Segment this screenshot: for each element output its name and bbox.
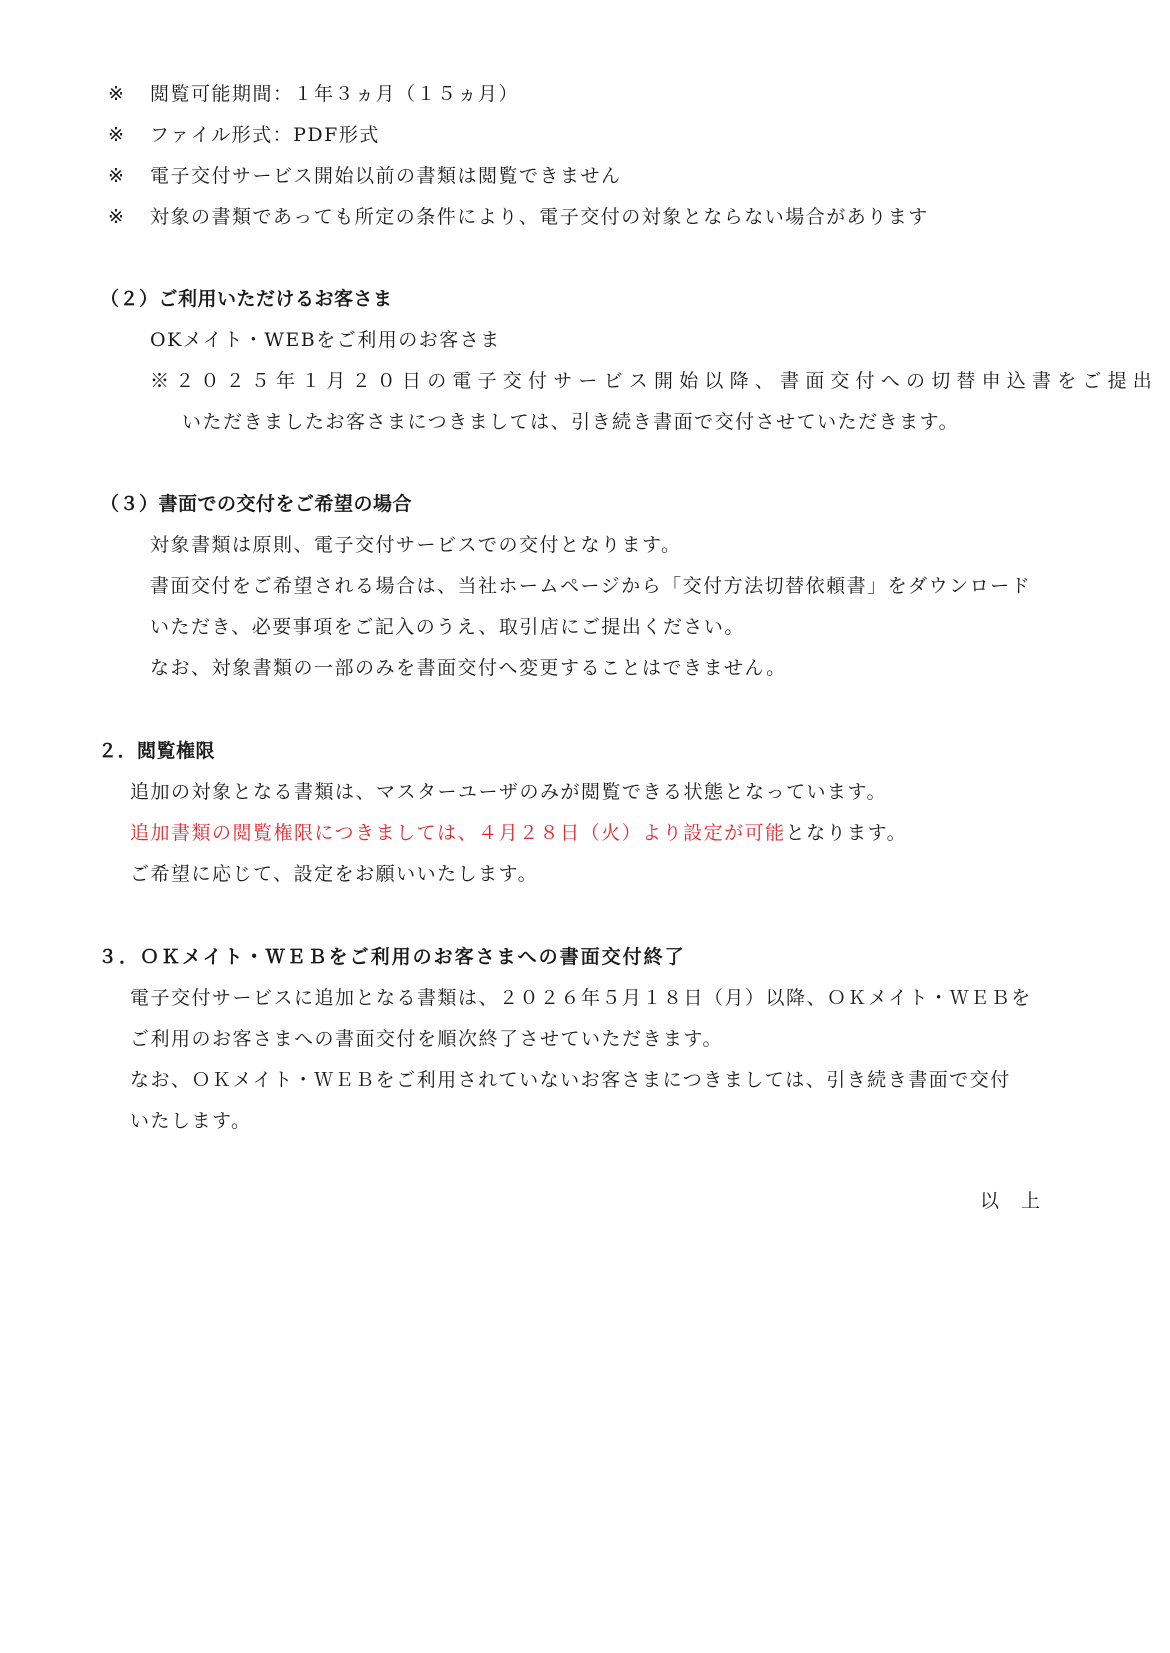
reference-mark: ※	[108, 205, 150, 229]
section-note-line: いただきましたお客さまにつきましては、引き続き書面で交付させていただきます。	[182, 410, 959, 434]
note-text: ファイル形式：PDF形式	[150, 124, 380, 146]
note-text: 対象の書類であっても所定の条件により、電子交付の対象とならない場合があります	[150, 206, 929, 228]
note-text: 閲覧可能期間：１年３ヵ月（１５ヵ月）	[150, 83, 519, 105]
section-body-line-highlight: 追加書類の閲覧権限につきましては、４月２８日（火）より設定が可能となります。	[130, 821, 907, 845]
note-text: 電子交付サービス開始以前の書類は閲覧できません	[150, 165, 622, 187]
section-heading-paper-delivery: （３）書面での交付をご希望の場合	[100, 492, 412, 516]
section-body-line: ご希望に応じて、設定をお願いいたします。	[130, 862, 538, 886]
section-body-line: なお、ＯＫメイト・ＷＥＢをご利用されていないお客さまにつきましては、引き続き書面…	[130, 1068, 1011, 1092]
section-heading-eligible-customers: （２）ご利用いただけるお客さま	[100, 287, 393, 311]
section-body-line: いたします。	[130, 1109, 251, 1133]
section-body-line: 電子交付サービスに追加となる書類は、２０２６年５月１８日（月）以降、ＯＫメイト・…	[130, 986, 1032, 1010]
section-body-line: ご利用のお客さまへの書面交付を順次終了させていただきます。	[130, 1027, 723, 1051]
section-heading-paper-delivery-end: ３．ＯＫメイト・ＷＥＢをご利用のお客さまへの書面交付終了	[98, 945, 686, 969]
closing-mark: 以上	[980, 1189, 1062, 1213]
note-item: ※電子交付サービス開始以前の書類は閲覧できません	[108, 164, 622, 188]
note-item: ※対象の書類であっても所定の条件により、電子交付の対象とならない場合があります	[108, 205, 929, 229]
section-body-line: 書面交付をご希望される場合は、当社ホームページから「交付方法切替依頼書」をダウン…	[150, 574, 1031, 598]
section-body-line: 追加の対象となる書類は、マスターユーザのみが閲覧できる状態となっています。	[130, 780, 887, 804]
highlighted-text: 追加書類の閲覧権限につきましては、４月２８日（火）より設定が可能	[130, 822, 786, 844]
note-item: ※ファイル形式：PDF形式	[108, 123, 380, 147]
section-body-line: なお、対象書類の一部のみを書面交付へ変更することはできません。	[150, 656, 787, 680]
section-heading-view-permission: ２．閲覧権限	[98, 739, 215, 763]
reference-mark: ※	[108, 82, 150, 106]
document-page: ※閲覧可能期間：１年３ヵ月（１５ヵ月） ※ファイル形式：PDF形式 ※電子交付サ…	[0, 0, 1170, 1653]
normal-text: となります。	[786, 822, 907, 844]
note-item: ※閲覧可能期間：１年３ヵ月（１５ヵ月）	[108, 82, 519, 106]
section-body: OKメイト・WEBをご利用のお客さま	[150, 328, 501, 352]
section-body-line: 対象書類は原則、電子交付サービスでの交付となります。	[150, 533, 681, 557]
section-body-line: いただき、必要事項をご記入のうえ、取引店にご提出ください。	[150, 615, 745, 639]
reference-mark: ※	[108, 123, 150, 147]
section-note-line: ※２０２５年１月２０日の電子交付サービス開始以降、書面交付への切替申込書をご提出	[150, 369, 1158, 393]
reference-mark: ※	[108, 164, 150, 188]
